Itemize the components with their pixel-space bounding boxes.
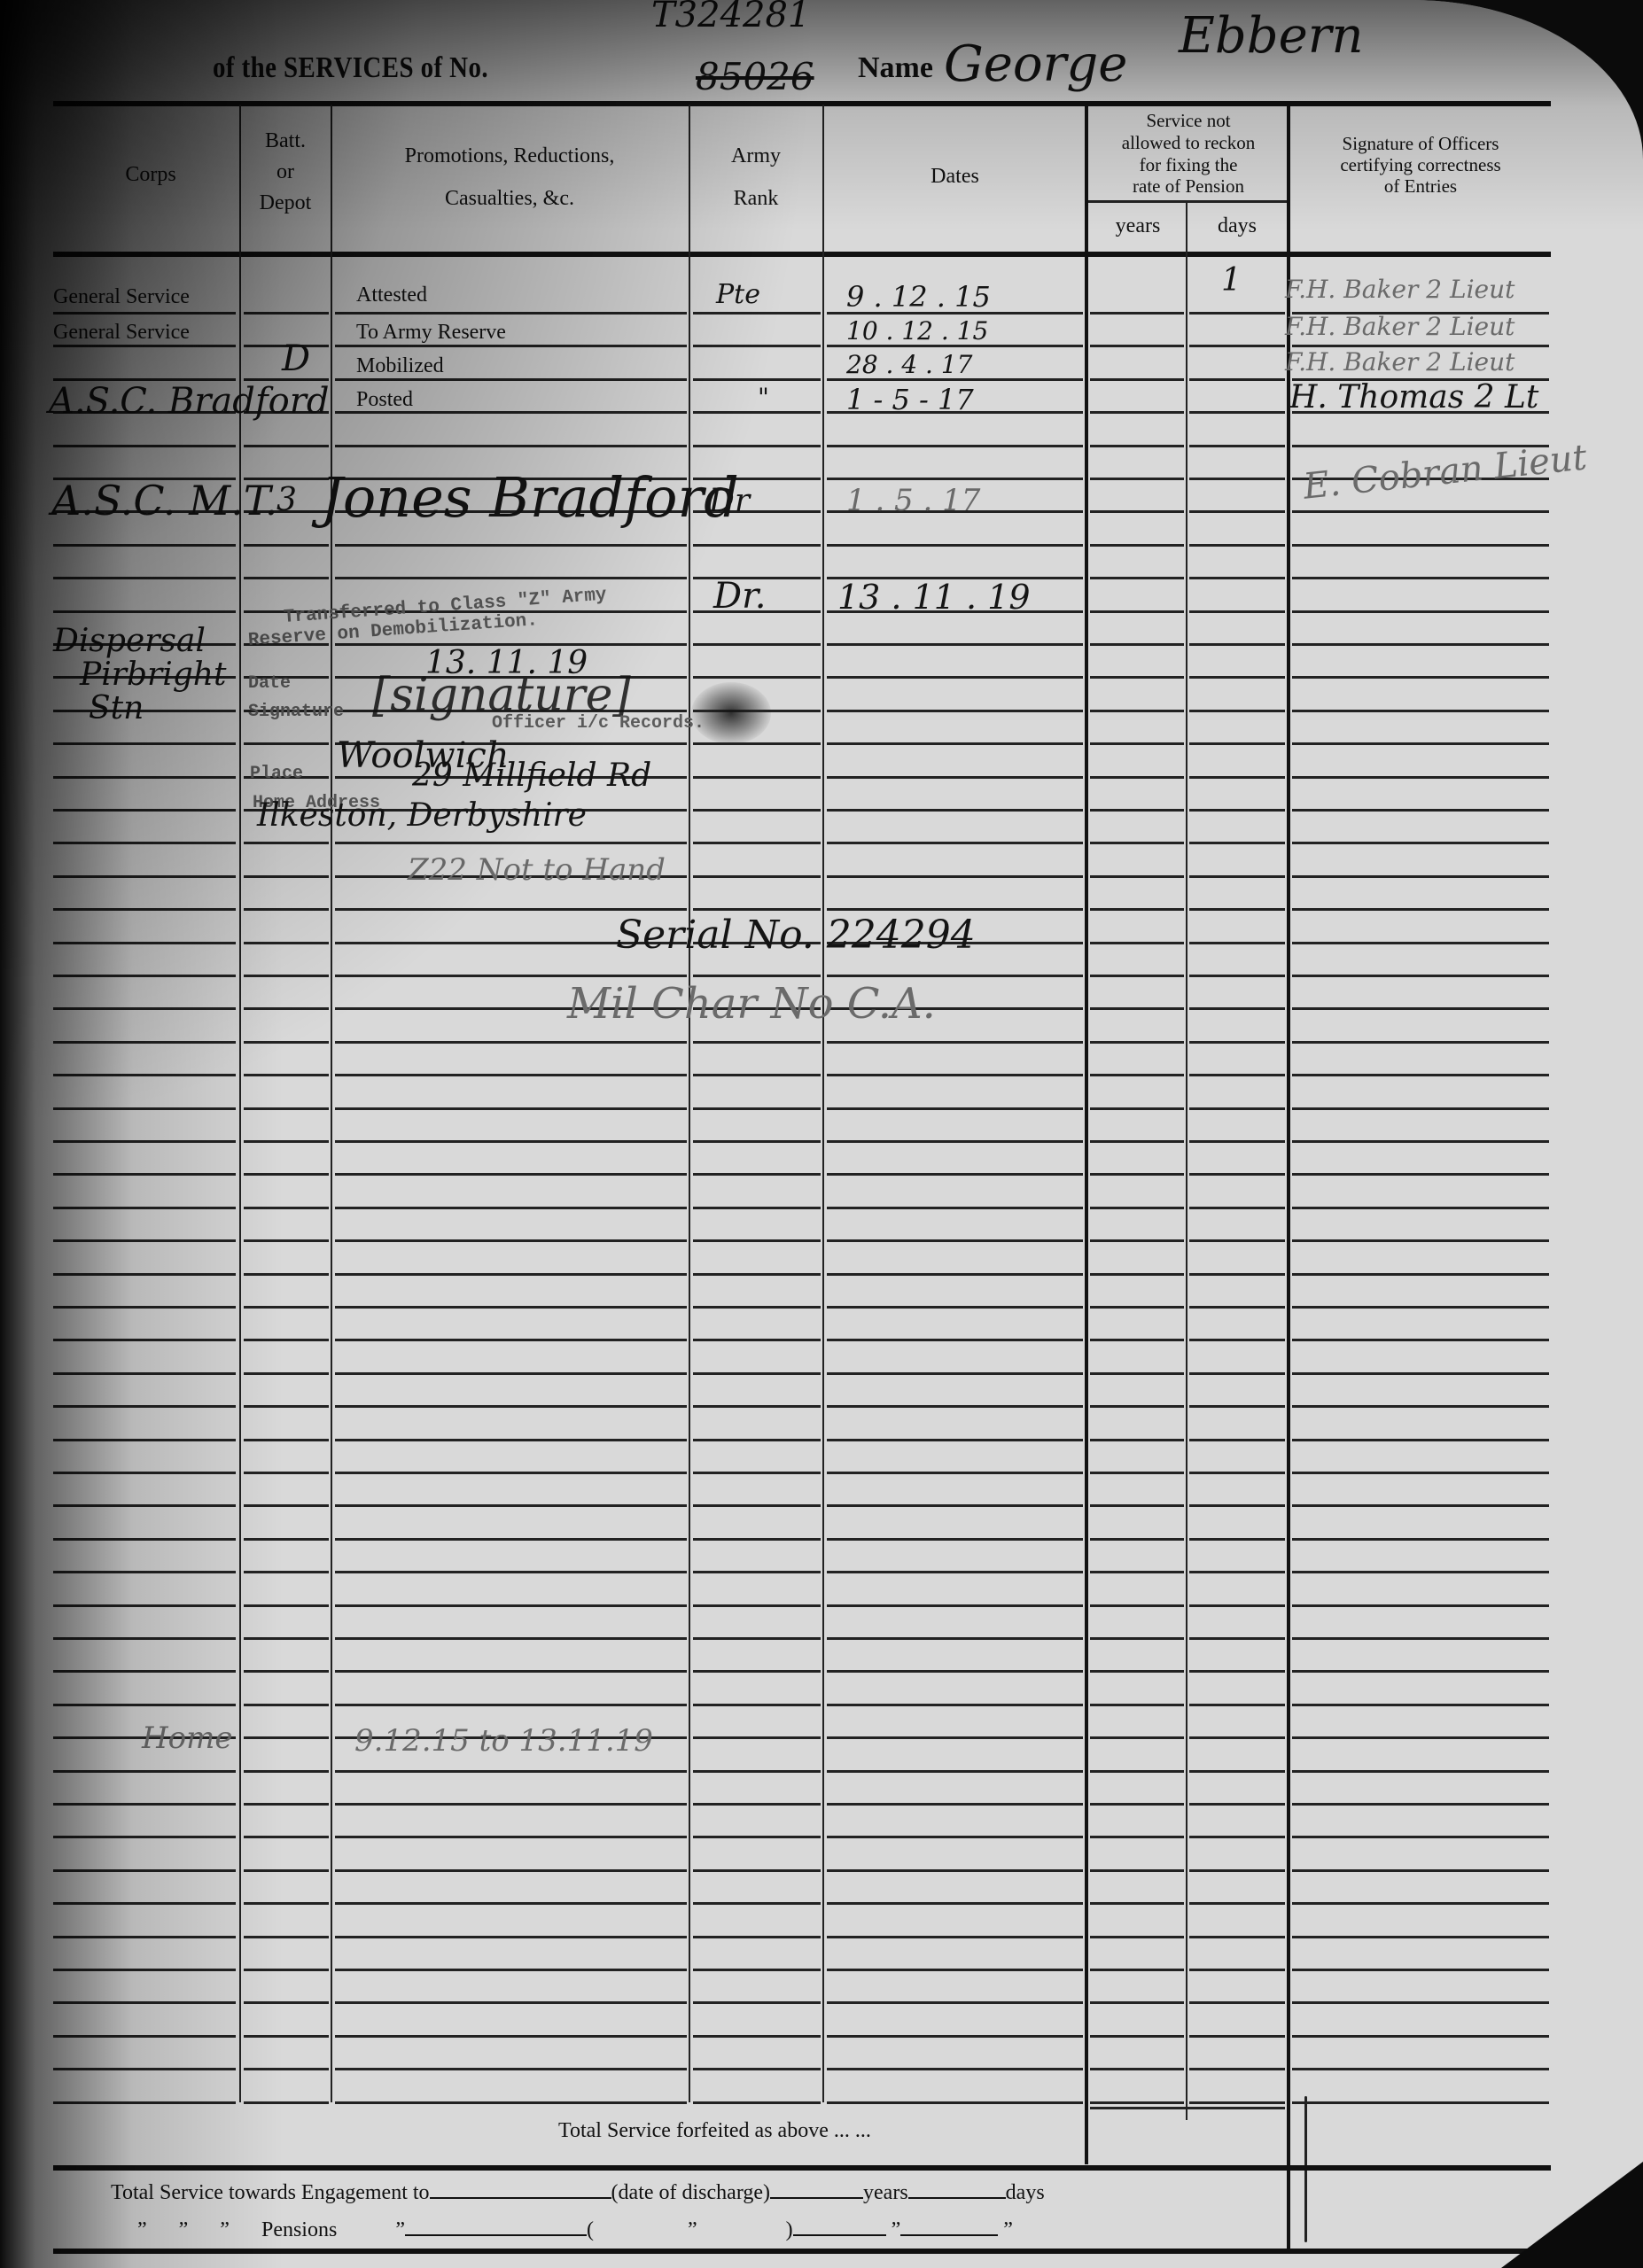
row-rule [1292,1969,1549,1971]
row-rule [1090,1770,1184,1773]
row-rule [244,1239,329,1242]
ink-smudge [691,682,771,744]
row-rule [1090,1140,1184,1143]
folded-corner [1501,2162,1643,2268]
row-rule [827,1969,1083,1971]
row-rule [693,676,821,679]
row-rule [335,1041,687,1044]
header-bottom-rule [53,252,1551,257]
row-rule [53,544,236,547]
row-rule [827,1207,1083,1209]
soldier-first-name: George [944,35,1127,93]
service-number-crossed: 85026 [696,55,814,98]
row-rule [693,842,821,844]
row-rule [827,1736,1083,1739]
row-rule [244,2068,329,2070]
row-rule [1292,610,1549,613]
row-rule [693,544,821,547]
row-rule [1189,1604,1285,1607]
row-rule [1090,776,1184,779]
entry-corps: A.S.C. Bradford [49,381,329,422]
row-rule [1090,1339,1184,1341]
col-header-signature: Signature of Officers certifying correct… [1292,133,1549,197]
row-rule [1090,1273,1184,1276]
row-rule [53,1339,236,1341]
row-rule [244,1803,329,1806]
row-rule [335,2068,687,2070]
row-rule [693,312,821,315]
row-rule [693,1969,821,1971]
row-rule [1189,1140,1285,1143]
entry-date: 28 . 4 . 17 [846,350,972,379]
row-rule [53,1472,236,1474]
row-rule [244,1969,329,1971]
home-service-label: Home [142,1720,232,1756]
row-rule [1292,577,1549,579]
home-service-period: 9.12.15 to 13.11.19 [354,1723,653,1759]
row-rule [53,1405,236,1408]
row-rule [1292,1736,1549,1739]
col-rule-days [1287,105,1290,2249]
row-rule [1189,610,1285,613]
service-number-new: T324281 [651,0,810,35]
row-rule [693,1372,821,1375]
row-rule [1189,1571,1285,1573]
row-rule [53,1571,236,1573]
row-rule [335,1439,687,1441]
col-header-promotions: Promotions, Reductions, Casualties, &c. [332,135,687,220]
row-rule [1189,378,1285,381]
demob-officer-label: Officer i/c Records. [492,713,705,734]
row-rule [693,1439,821,1441]
row-rule [1292,1273,1549,1276]
entry-rank: Pte [716,279,760,310]
row-rule [244,1704,329,1706]
row-rule [693,1770,821,1773]
row-rule [1189,2001,1285,2004]
entry-corps: A.S.C. M.T. [51,477,277,524]
row-rule [335,378,687,381]
row-rule [827,1670,1083,1673]
col-header-rank-line: Rank [690,177,821,220]
col-header-batt-line: or [241,157,330,188]
row-rule [1189,577,1285,579]
row-rule [53,1670,236,1673]
ditto-mark: ” [1003,2218,1013,2241]
row-rule [335,1902,687,1905]
row-rule [1090,1239,1184,1242]
col-header-sna-line: for fixing the [1090,154,1287,176]
row-rule [335,1273,687,1276]
row-rule [1292,875,1549,878]
pensions-ditto: ” ” ” [137,2218,230,2241]
row-rule [1189,345,1285,347]
col-header-sna-line: allowed to reckon [1090,132,1287,154]
row-rule [335,1239,687,1242]
row-rule [1090,809,1184,812]
row-rule [335,312,687,315]
row-rule [1090,1836,1184,1838]
row-rule [827,742,1083,745]
row-rule [1090,1207,1184,1209]
entry-signature: E. Cobran Lieut [1301,437,1588,507]
row-rule [693,1538,821,1541]
row-rule [1292,2001,1549,2004]
row-rule [335,1207,687,1209]
row-rule [827,544,1083,547]
row-rule [1292,1637,1549,1640]
row-rule [53,2068,236,2070]
row-rule [1292,2035,1549,2038]
row-rule [1090,577,1184,579]
row-rule [693,1074,821,1076]
row-rule [244,742,329,745]
row-rule [53,1637,236,1640]
row-rule [53,1439,236,1441]
row-rule [53,1836,236,1838]
row-rule [827,875,1083,878]
row-rule [53,1273,236,1276]
row-rule [693,2101,821,2104]
row-rule [1189,676,1285,679]
row-rule [1292,1306,1549,1309]
row-rule [53,875,236,878]
row-rule [244,577,329,579]
row-rule [1090,676,1184,679]
row-rule [1090,1439,1184,1441]
row-rule [1292,1770,1549,1773]
entry-corps: General Service [53,285,190,309]
row-rule [1189,2101,1285,2104]
row-rule [53,776,236,779]
row-rule [1189,312,1285,315]
row-rule [693,1836,821,1838]
row-rule [1090,1704,1184,1706]
row-rule [1292,1670,1549,1673]
col-header-signature-line: of Entries [1292,175,1549,197]
row-rule [53,1803,236,1806]
row-rule [1292,1207,1549,1209]
row-rule [53,1504,236,1507]
engagement-years-blank[interactable] [770,2179,863,2199]
row-rule [244,975,329,977]
row-rule [1090,1736,1184,1739]
ditto-mark: ” [892,2218,901,2241]
row-rule [693,345,821,347]
row-rule [1189,1107,1285,1110]
pensions-date-blank[interactable] [405,2217,587,2236]
col-header-dates: Dates [824,161,1086,192]
row-rule [53,1074,236,1076]
row-rule [244,1571,329,1573]
row-rule [1090,478,1184,480]
row-rule [244,1306,329,1309]
row-rule [1090,2001,1184,2004]
row-rule [1090,544,1184,547]
row-rule [1292,1538,1549,1541]
row-rule [1292,676,1549,679]
row-rule [1189,1173,1285,1176]
row-rule [1189,2035,1285,2038]
entry-event: To Army Reserve [356,321,506,345]
col-header-batt-line: Depot [241,188,330,219]
row-rule [827,776,1083,779]
entry-batt: D [282,338,310,379]
row-rule [693,1107,821,1110]
row-rule [53,2001,236,2004]
row-rule [1189,1207,1285,1209]
row-rule [693,1239,821,1242]
row-rule [1189,1041,1285,1044]
row-rule [1090,1902,1184,1905]
row-rule [1090,1604,1184,1607]
row-rule [244,1074,329,1076]
row-rule [335,1306,687,1309]
col-header-service-not-allowed: Service not allowed to reckon for fixing… [1090,110,1287,198]
pensions-years-blank[interactable] [793,2217,886,2236]
row-rule [1189,478,1285,480]
row-rule [693,1472,821,1474]
row-rule [244,445,329,447]
row-rule [1292,1836,1549,1838]
row-rule [827,1770,1083,1773]
row-rule [1090,378,1184,381]
service-record-sheet: of the SERVICES of No. 85026 T324281 Nam… [0,0,1643,2268]
row-rule [244,1670,329,1673]
row-rule [827,2035,1083,2038]
row-rule [1090,1538,1184,1541]
dispersal-note: Dispersal Pirbright Stn [53,625,226,726]
row-rule [1090,2068,1184,2070]
row-rule [1090,975,1184,977]
row-rule [1090,1969,1184,1971]
row-rule [244,1107,329,1110]
entry-days: 1 [1221,262,1242,299]
name-label: Name [858,51,933,85]
pensions-line: ” ” ” Pensions ”( ”) ” ” [137,2217,1013,2242]
row-rule [1189,1306,1285,1309]
row-rule [1189,1472,1285,1474]
row-rule [1292,1405,1549,1408]
row-rule [693,1869,821,1872]
row-rule [1189,2068,1285,2070]
row-rule [335,842,687,844]
row-rule [827,1803,1083,1806]
col-header-sna-line: Service not [1090,110,1287,132]
pensions-days-blank[interactable] [900,2217,998,2236]
row-rule [335,345,687,347]
row-rule [244,1504,329,1507]
row-rule [244,908,329,911]
col-header-rank: Army Rank [690,135,821,220]
row-rule [1292,2068,1549,2070]
row-rule [1189,809,1285,812]
col-rule-dates [1085,105,1088,2164]
row-rule [693,875,821,878]
row-rule [827,2068,1083,2070]
row-rule [53,1604,236,1607]
row-rule [693,1339,821,1341]
row-rule [1090,345,1184,347]
date-of-discharge-label: (date of discharge) [611,2181,770,2204]
row-rule [1090,742,1184,745]
row-rule [1090,510,1184,513]
row-rule [53,2035,236,2038]
row-rule [244,1339,329,1341]
row-rule [53,1306,236,1309]
row-rule [1292,1869,1549,1872]
row-rule [1292,942,1549,944]
row-rule [1090,1173,1184,1176]
row-rule [1292,742,1549,745]
row-rule [1090,610,1184,613]
row-rule [335,2001,687,2004]
row-rule [53,312,236,315]
row-rule [693,1173,821,1176]
row-rule [1292,1504,1549,1507]
row-rule [53,1173,236,1176]
row-rule [1189,1803,1285,1806]
col-rule-years [1186,202,1187,2120]
row-rule [244,1538,329,1541]
row-rule [244,842,329,844]
demob-place-label: Place [250,764,303,784]
row-rule [335,1803,687,1806]
row-rule [1090,1637,1184,1640]
row-rule [1189,975,1285,977]
row-rule [827,1140,1083,1143]
total-service-forfeited: Total Service forfeited as above ... ... [558,2119,871,2143]
row-rule [244,942,329,944]
row-rule [1189,742,1285,745]
row-rule [1189,776,1285,779]
demob-address-line2: Ilkeston, Derbyshire [257,797,587,834]
row-rule [693,643,821,646]
engagement-line: Total Service towards Engagement to(date… [111,2179,1045,2205]
dispersal-line: Dispersal [53,625,226,658]
row-rule [53,842,236,844]
entry-event: Attested [356,283,427,307]
row-rule [53,1902,236,1905]
demob-date-label: Date [248,673,291,694]
col-header-years: years [1090,211,1186,242]
row-rule [1292,1339,1549,1341]
demob-signature-label: Signature [248,702,344,722]
row-rule [244,1405,329,1408]
row-rule [827,1439,1083,1441]
row-rule [827,478,1083,480]
row-rule [1292,1372,1549,1375]
row-rule [335,1670,687,1673]
row-rule [53,1007,236,1010]
row-rule [1292,1041,1549,1044]
dispersal-line: Stn [53,692,226,726]
row-rule [53,1041,236,1044]
row-rule [827,842,1083,844]
row-rule [1292,1571,1549,1573]
row-rule [1292,1140,1549,1143]
row-rule [827,1339,1083,1341]
col-header-rank-line: Army [690,135,821,177]
row-rule [335,1372,687,1375]
row-rule [244,1173,329,1176]
row-rule [53,1538,236,1541]
row-rule [1090,312,1184,315]
entry-corps: General Service [53,321,190,345]
row-rule [244,1902,329,1905]
row-rule [53,1936,236,1938]
entry-signature: F.H. Baker 2 Lieut [1285,275,1515,304]
engagement-date-blank[interactable] [430,2179,611,2199]
row-rule [53,445,236,447]
row-rule [1292,1902,1549,1905]
row-rule [1189,1273,1285,1276]
row-rule [53,942,236,944]
entry-rank: " [758,383,769,412]
row-rule [335,1604,687,1607]
row-rule [827,1041,1083,1044]
row-rule [1090,1504,1184,1507]
engagement-label: Total Service towards Engagement to [111,2181,430,2204]
engagement-days-blank[interactable] [908,2179,1006,2199]
entry-signature: F.H. Baker 2 Lieut [1285,312,1515,341]
row-rule [827,643,1083,646]
row-rule [1189,1074,1285,1076]
entry-signature: H. Thomas 2 Lt [1289,379,1538,416]
row-rule [827,445,1083,447]
row-rule [335,1472,687,1474]
row-rule [827,676,1083,679]
row-rule [244,1637,329,1640]
row-rule [1189,1902,1285,1905]
row-rule [335,577,687,579]
row-rule [244,1007,329,1010]
row-rule [1090,1041,1184,1044]
row-rule [244,1207,329,1209]
row-rule [693,1207,821,1209]
row-rule [693,1936,821,1938]
title-prefix: of the SERVICES of No. [213,51,488,84]
ditto-mark: ” [395,2218,405,2241]
row-rule [1189,411,1285,414]
row-rule [1292,643,1549,646]
row-rule [693,1704,821,1706]
row-rule [335,544,687,547]
row-rule [244,1372,329,1375]
serial-number-note: Serial No. 224294 [616,913,976,958]
row-rule [335,1869,687,1872]
row-rule [827,1074,1083,1076]
row-rule [244,1439,329,1441]
row-rule [827,1571,1083,1573]
row-rule [693,1736,821,1739]
row-rule [827,710,1083,712]
row-rule [53,742,236,745]
entry-rank: Dr. [713,576,767,617]
row-rule [1189,1736,1285,1739]
row-rule [335,1770,687,1773]
row-rule [1090,445,1184,447]
row-rule [335,1836,687,1838]
col-header-promotions-line: Casualties, &c. [332,177,687,220]
paren-open: ( [587,2218,594,2241]
row-rule [1292,1239,1549,1242]
col-rule-batt [331,105,332,2102]
row-rule [1189,1007,1285,1010]
row-rule [827,809,1083,812]
row-rule [1090,710,1184,712]
row-rule [693,1041,821,1044]
